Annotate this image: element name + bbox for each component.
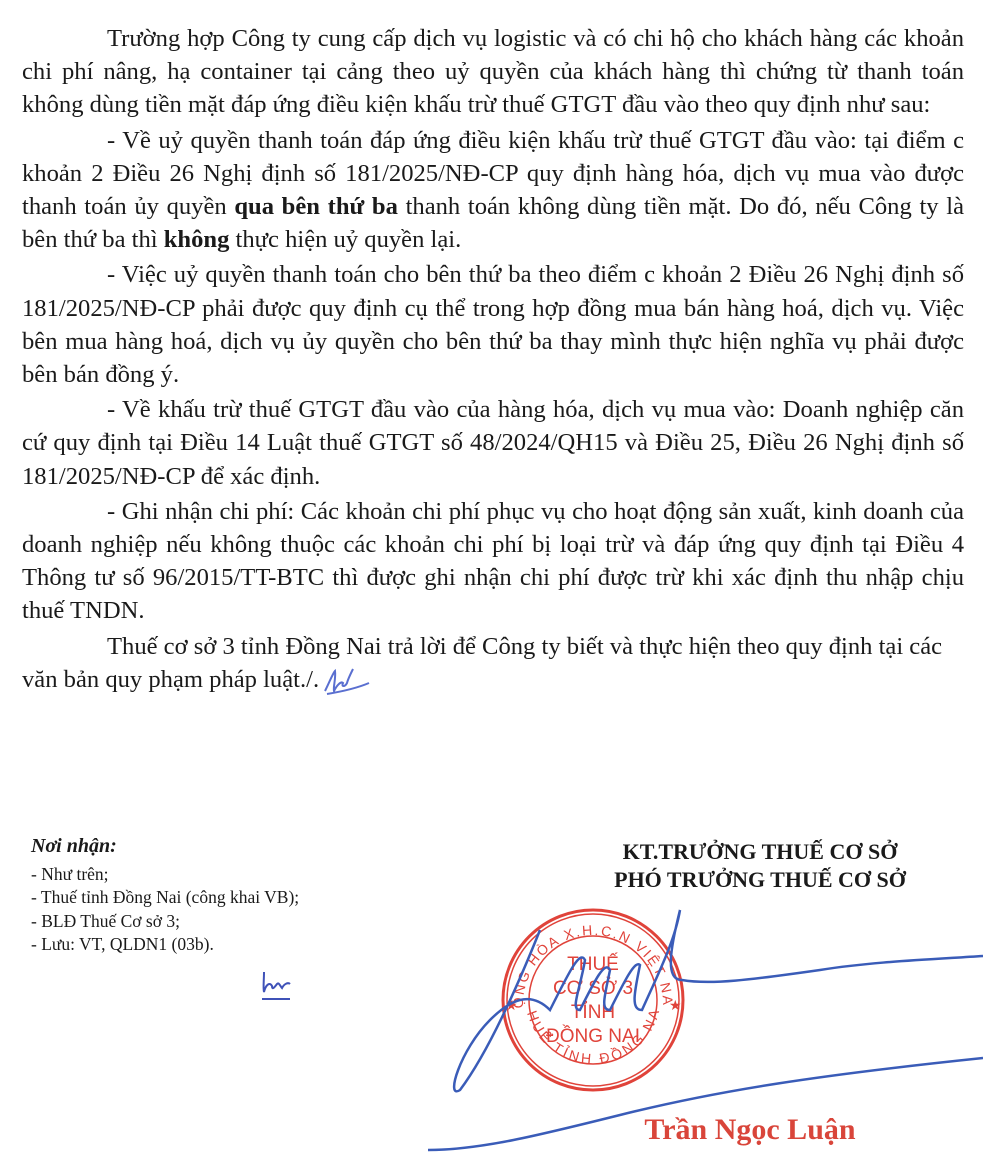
list-item: - Lưu: VT, QLDN1 (03b).	[31, 933, 299, 957]
signer-title-line2: PHÓ TRƯỞNG THUẾ CƠ SỞ	[560, 866, 960, 894]
signer-name: Trần Ngọc Luận	[640, 1113, 860, 1147]
initials-mark-icon	[321, 665, 371, 697]
list-item: - Thuế tỉnh Đồng Nai (công khai VB);	[31, 886, 299, 910]
paragraph-intro: Trường hợp Công ty cung cấp dịch vụ logi…	[22, 22, 964, 122]
paragraph-authorization: - Về uỷ quyền thanh toán đáp ứng điều ki…	[22, 124, 964, 257]
recipients-title: Nơi nhận:	[31, 835, 299, 859]
recipients-block: Nơi nhận: - Như trên; - Thuế tỉnh Đồng N…	[31, 835, 299, 957]
signer-title-line1: KT.TRƯỞNG THUẾ CƠ SỞ	[560, 838, 960, 866]
list-item: - BLĐ Thuế Cơ sở 3;	[31, 910, 299, 934]
paragraph-contract: - Việc uỷ quyền thanh toán cho bên thứ b…	[22, 258, 964, 391]
emphasis-not: không	[164, 226, 230, 253]
letter-body: Trường hợp Công ty cung cấp dịch vụ logi…	[22, 22, 964, 699]
paragraph-expenses: - Ghi nhận chi phí: Các khoản chi phí ph…	[22, 495, 964, 628]
list-item: - Như trên;	[31, 863, 299, 887]
signer-title-block: KT.TRƯỞNG THUẾ CƠ SỞ PHÓ TRƯỞNG THUẾ CƠ …	[560, 838, 960, 894]
recipients-list: - Như trên; - Thuế tỉnh Đồng Nai (công k…	[31, 863, 299, 957]
paragraph-closing: Thuế cơ sở 3 tỉnh Đồng Nai trả lời để Cô…	[22, 630, 964, 698]
paragraph-vat-deduction: - Về khấu trừ thuế GTGT đầu vào của hàng…	[22, 393, 964, 493]
archive-initials-icon	[250, 968, 310, 1004]
emphasis-third-party: qua bên thứ ba	[234, 193, 398, 220]
